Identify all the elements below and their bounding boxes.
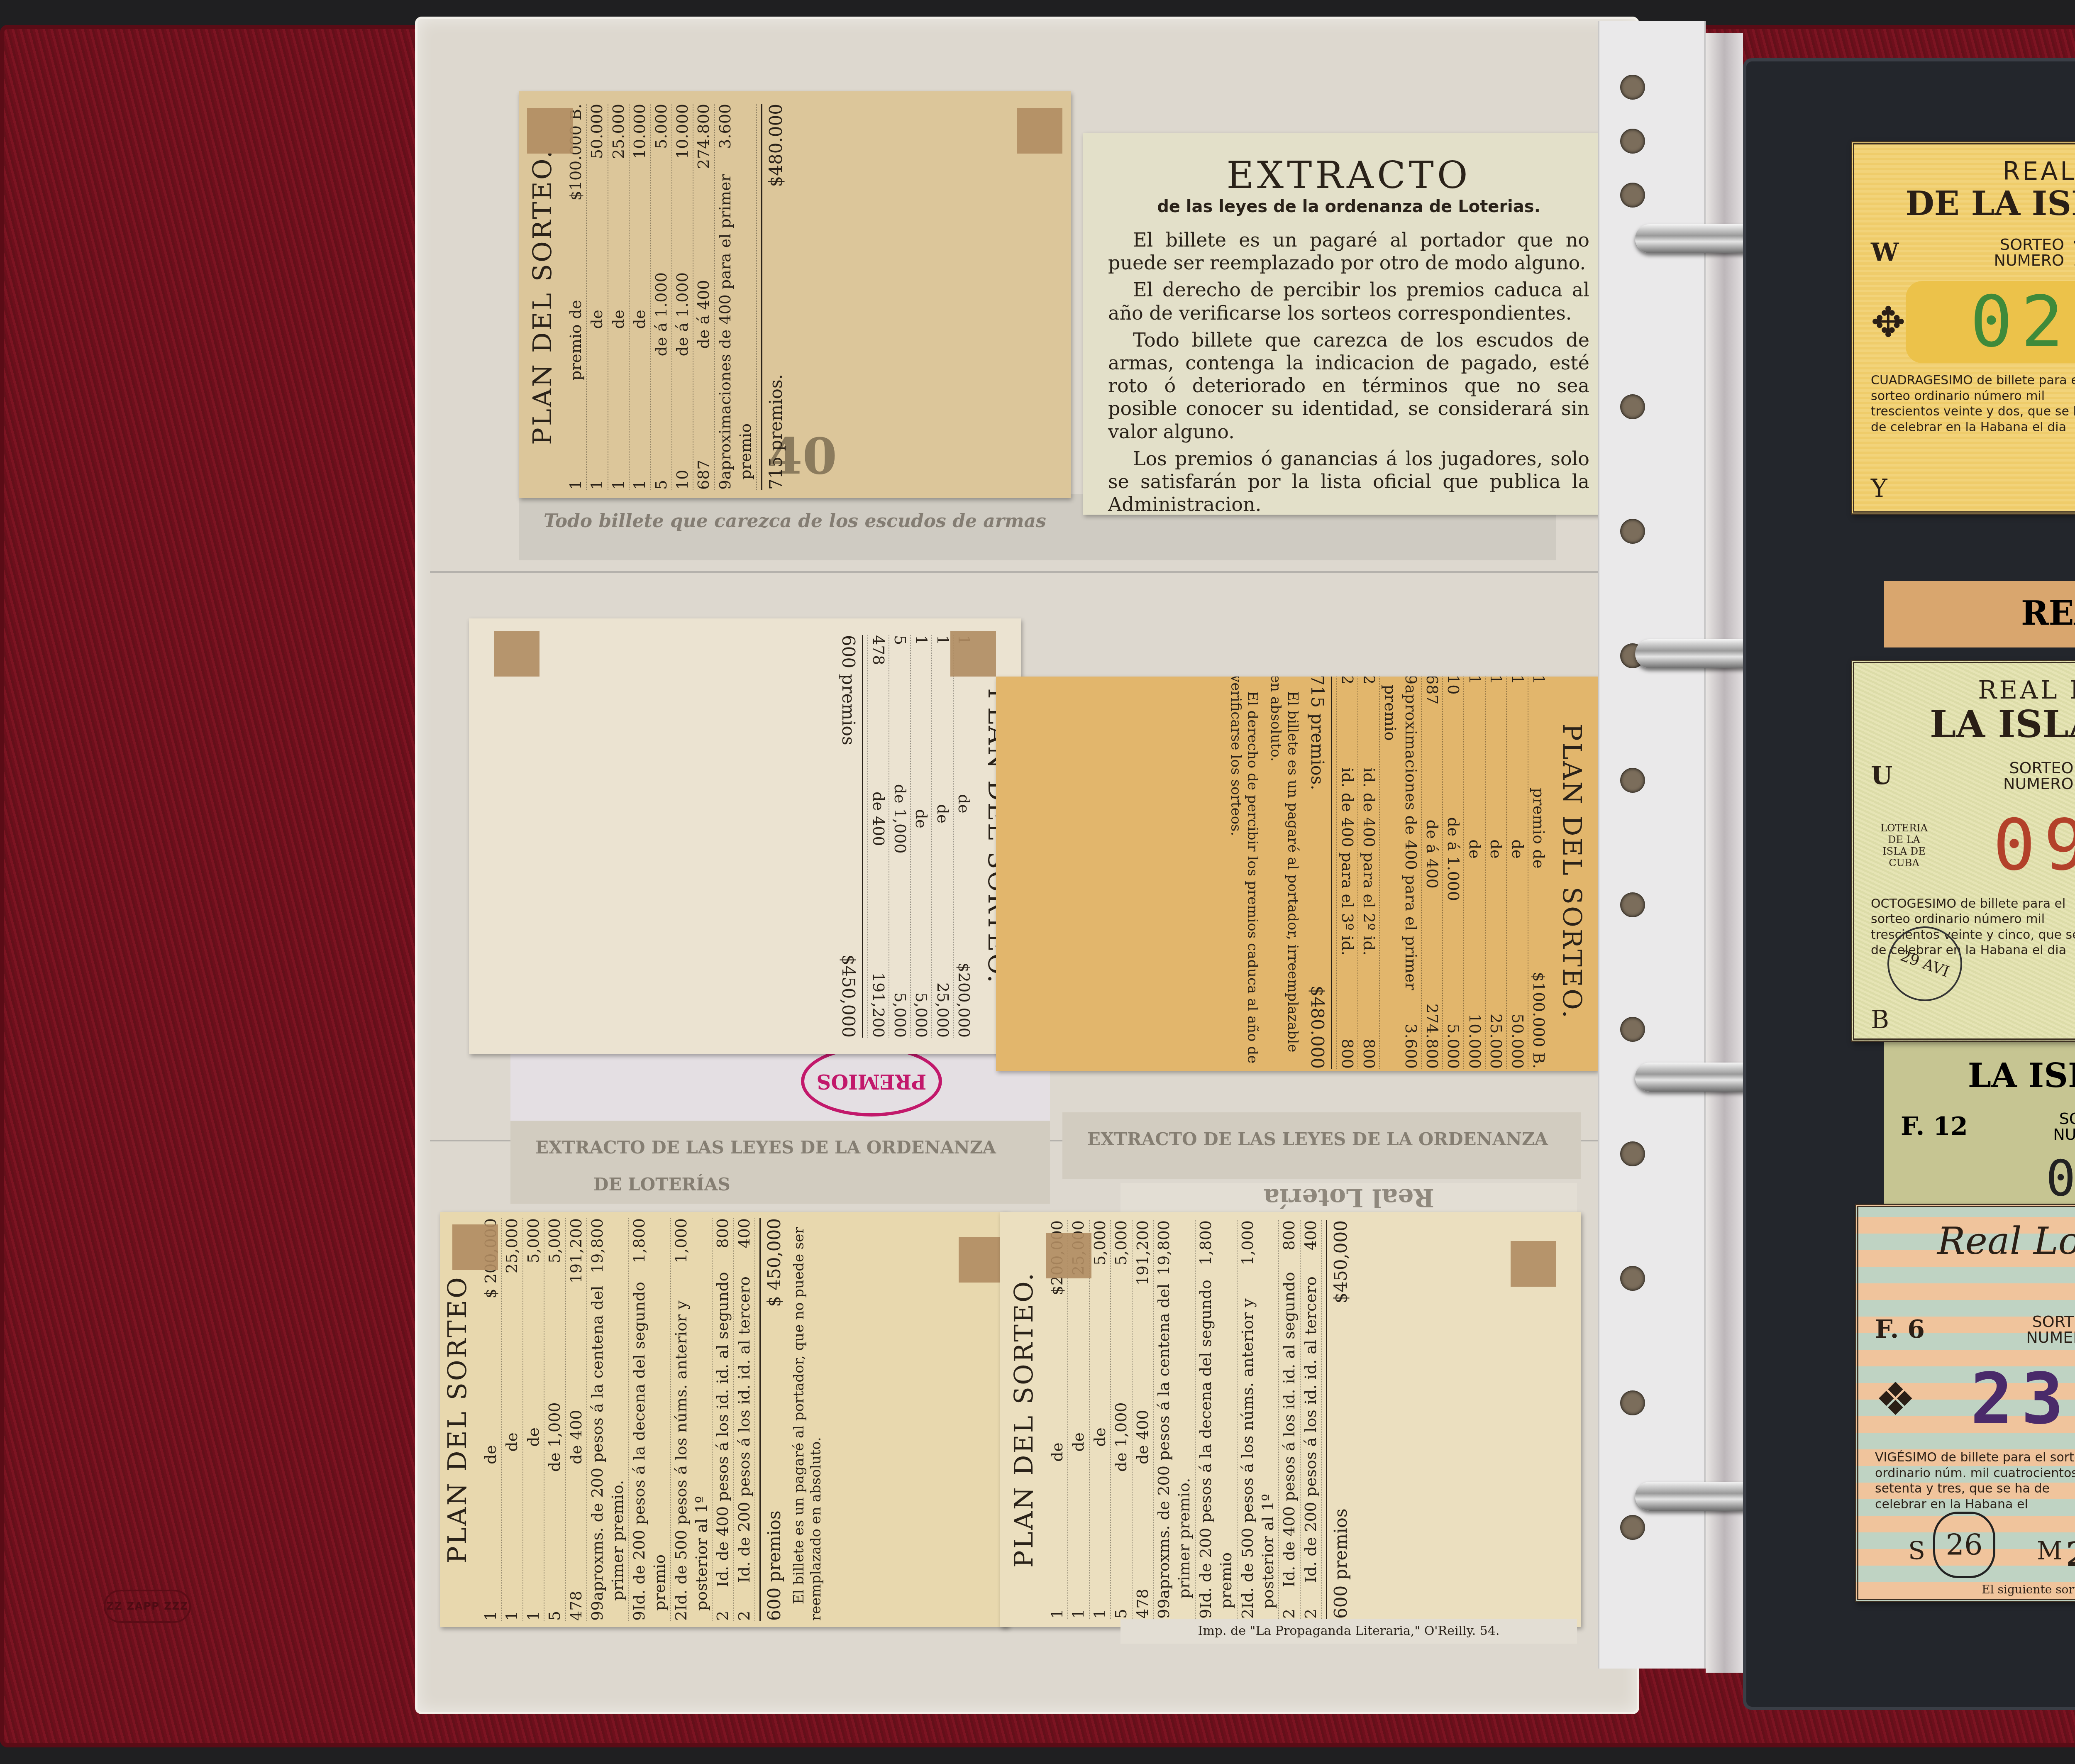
lottery-ticket-1519: LOTERIA DE LA ISLA DE CUBA. F. 12 SORTEO…	[1884, 1029, 2075, 1212]
lottery-ticket-1322[interactable]: REAL LOTERIA DE LA ISLA DE CUBA W SORTEO…	[1851, 141, 2075, 515]
hinge-tape	[527, 108, 573, 154]
ticket-number: 09840	[1937, 804, 2075, 887]
plan-row: 10de á 1.00010.000	[672, 104, 693, 490]
plan-row: 5de á 1.0005.000	[651, 104, 672, 490]
page-punch-strip-left	[1598, 21, 1706, 1669]
ornament-icon: ✥	[1871, 298, 1906, 347]
ticket-number: 02960	[1906, 281, 2075, 363]
premios-stamp: PREMIOS	[801, 1046, 942, 1117]
lottery-emblem: LOTERIADE LAISLA DE CUBA	[1871, 822, 1937, 869]
lottery-ticket-1325[interactable]: REAL LOTERIA DE LA ISLA DE CUBA U SORTEO…	[1851, 660, 2075, 1042]
hinge-tape	[1046, 1233, 1091, 1278]
binder-spine	[1706, 33, 1743, 1673]
plan-row: 687de á 400274.800	[693, 104, 715, 490]
hinge-tape	[452, 1224, 498, 1270]
hinge-tape	[494, 631, 539, 677]
plan-del-sorteo-sheet: PLAN DEL SORTEO. 1de$200,000 1de25,000 1…	[469, 618, 1021, 1054]
background-sheet: EXTRACTO DE LAS LEYES DE LA ORDENANZA DE…	[510, 1121, 1050, 1204]
postmark: 26	[1933, 1512, 1995, 1578]
hinge-tape	[1511, 1241, 1556, 1287]
plan-row: 1de50.000	[587, 104, 608, 490]
plan-row: 1de10.000	[630, 104, 651, 490]
pocket-divider	[430, 571, 1625, 573]
album-brand-stamp: ZZ ZAPP ZZZ	[104, 1590, 191, 1623]
extracto-subtitle: de las leyes de la ordenanza de Loterias…	[1108, 197, 1589, 216]
plan-del-sorteo-sheet: PLAN DEL SORTEO 1de$ 200,000 1de25,000 1…	[440, 1212, 1008, 1627]
plan-del-sorteo-sheet: PLAN DEL SORTEO. 1premio de$100.000 B. 1…	[519, 91, 1071, 498]
extracto-title: EXTRACTO	[1108, 154, 1589, 197]
plan-del-sorteo-sheet: PLAN DEL SORTEO. 1premio de$100.000 B. 1…	[996, 677, 1598, 1071]
lottery-ticket-1473[interactable]: Real Lotería de la Isla de Cuba F. 6 SOR…	[1855, 1204, 2075, 1602]
hinge-tape	[1017, 108, 1062, 154]
plan-row: 1premio de$100.000 B.	[566, 104, 587, 490]
extracto-sheet: EXTRACTO de las leyes de la ordenanza de…	[1083, 133, 1614, 515]
ornament-icon: ❖	[1875, 1373, 1916, 1426]
ticket-number: 23068	[1916, 1358, 2075, 1440]
plan-row: 1de25.000	[608, 104, 630, 490]
plan-del-sorteo-sheet: PLAN DEL SORTEO. 1de$200,000 1de25,000 1…	[1000, 1212, 1581, 1627]
background-sheet: EXTRACTO DE LAS LEYES DE LA ORDENANZA	[1062, 1112, 1581, 1179]
plan-row: 9aproximaciones de 400 para el primer pr…	[715, 104, 757, 490]
printer-imprint: Imp. de "La Propaganda Literaria," O'Rei…	[1120, 1619, 1577, 1644]
hinge-tape	[950, 631, 996, 677]
lottery-ticket-partial: REAL	[1884, 581, 2075, 647]
hinge-tape	[959, 1237, 1004, 1283]
